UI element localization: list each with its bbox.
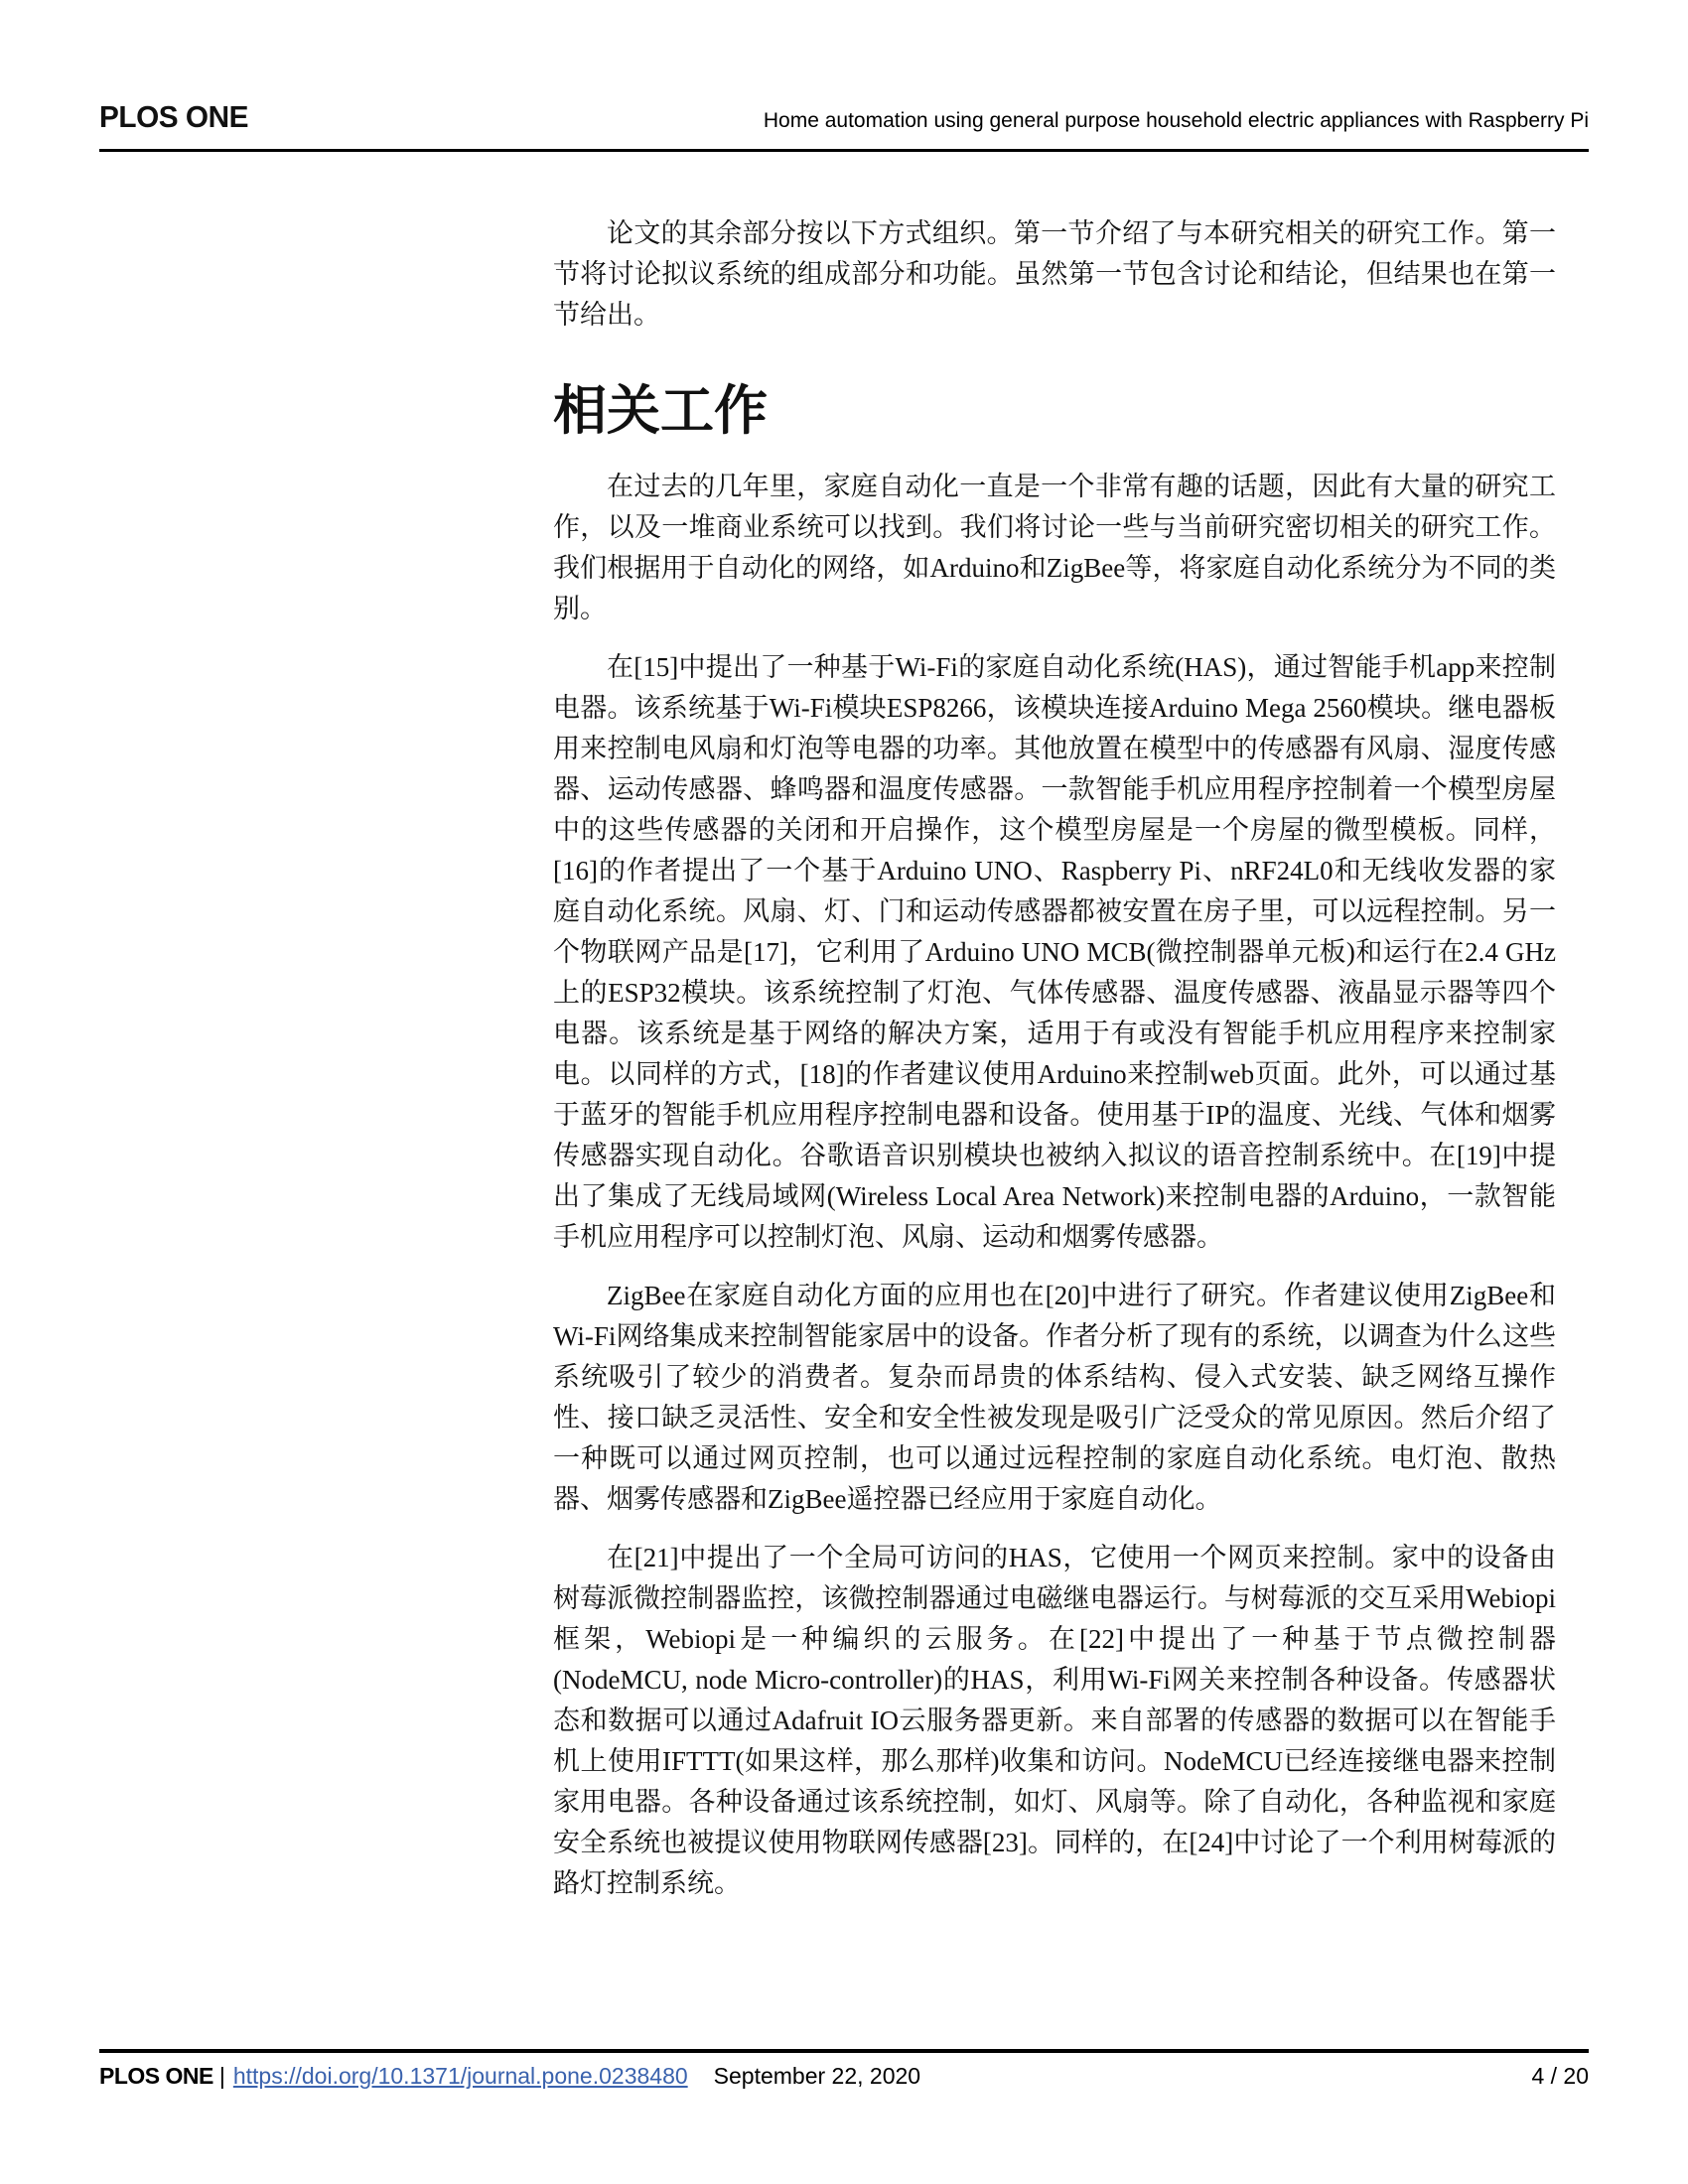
journal-logo: PLOS ONE [99,99,248,135]
paragraph-zigbee-systems: ZigBee在家庭自动化方面的应用也在[20]中进行了研究。作者建议使用ZigB… [553,1276,1556,1520]
page-header: PLOS ONE Home automation using general p… [99,83,1589,135]
footer-citation: PLOS ONE | https://doi.org/10.1371/journ… [99,2063,920,2090]
running-title: Home automation using general purpose ho… [764,110,1589,135]
section-heading-related-work: 相关工作 [553,379,1556,443]
paragraph-overview: 在过去的几年里，家庭自动化一直是一个非常有趣的话题，因此有大量的研究工作，以及一… [553,467,1556,629]
footer-rule [99,2049,1589,2053]
paragraph-wifi-systems: 在[15]中提出了一种基于Wi-Fi的家庭自动化系统(HAS)，通过智能手机ap… [553,647,1556,1258]
doi-link[interactable]: https://doi.org/10.1371/journal.pone.023… [233,2063,688,2090]
paragraph-raspberry-pi-systems: 在[21]中提出了一个全局可访问的HAS，它使用一个网页来控制。家中的设备由树莓… [553,1538,1556,1904]
paragraph-intro: 论文的其余部分按以下方式组织。第一节介绍了与本研究相关的研究工作。第一节将讨论拟… [553,213,1556,336]
page-number: 4 / 20 [1531,2063,1589,2090]
page-footer: PLOS ONE | https://doi.org/10.1371/journ… [99,2063,1589,2090]
footer-separator: | [219,2063,225,2090]
header-rule [99,149,1589,152]
footer-journal-name: PLOS ONE [99,2063,213,2090]
footer-date: September 22, 2020 [714,2063,920,2090]
article-body: 论文的其余部分按以下方式组织。第一节介绍了与本研究相关的研究工作。第一节将讨论拟… [553,213,1556,1922]
paper-page: PLOS ONE Home automation using general p… [0,0,1688,2184]
